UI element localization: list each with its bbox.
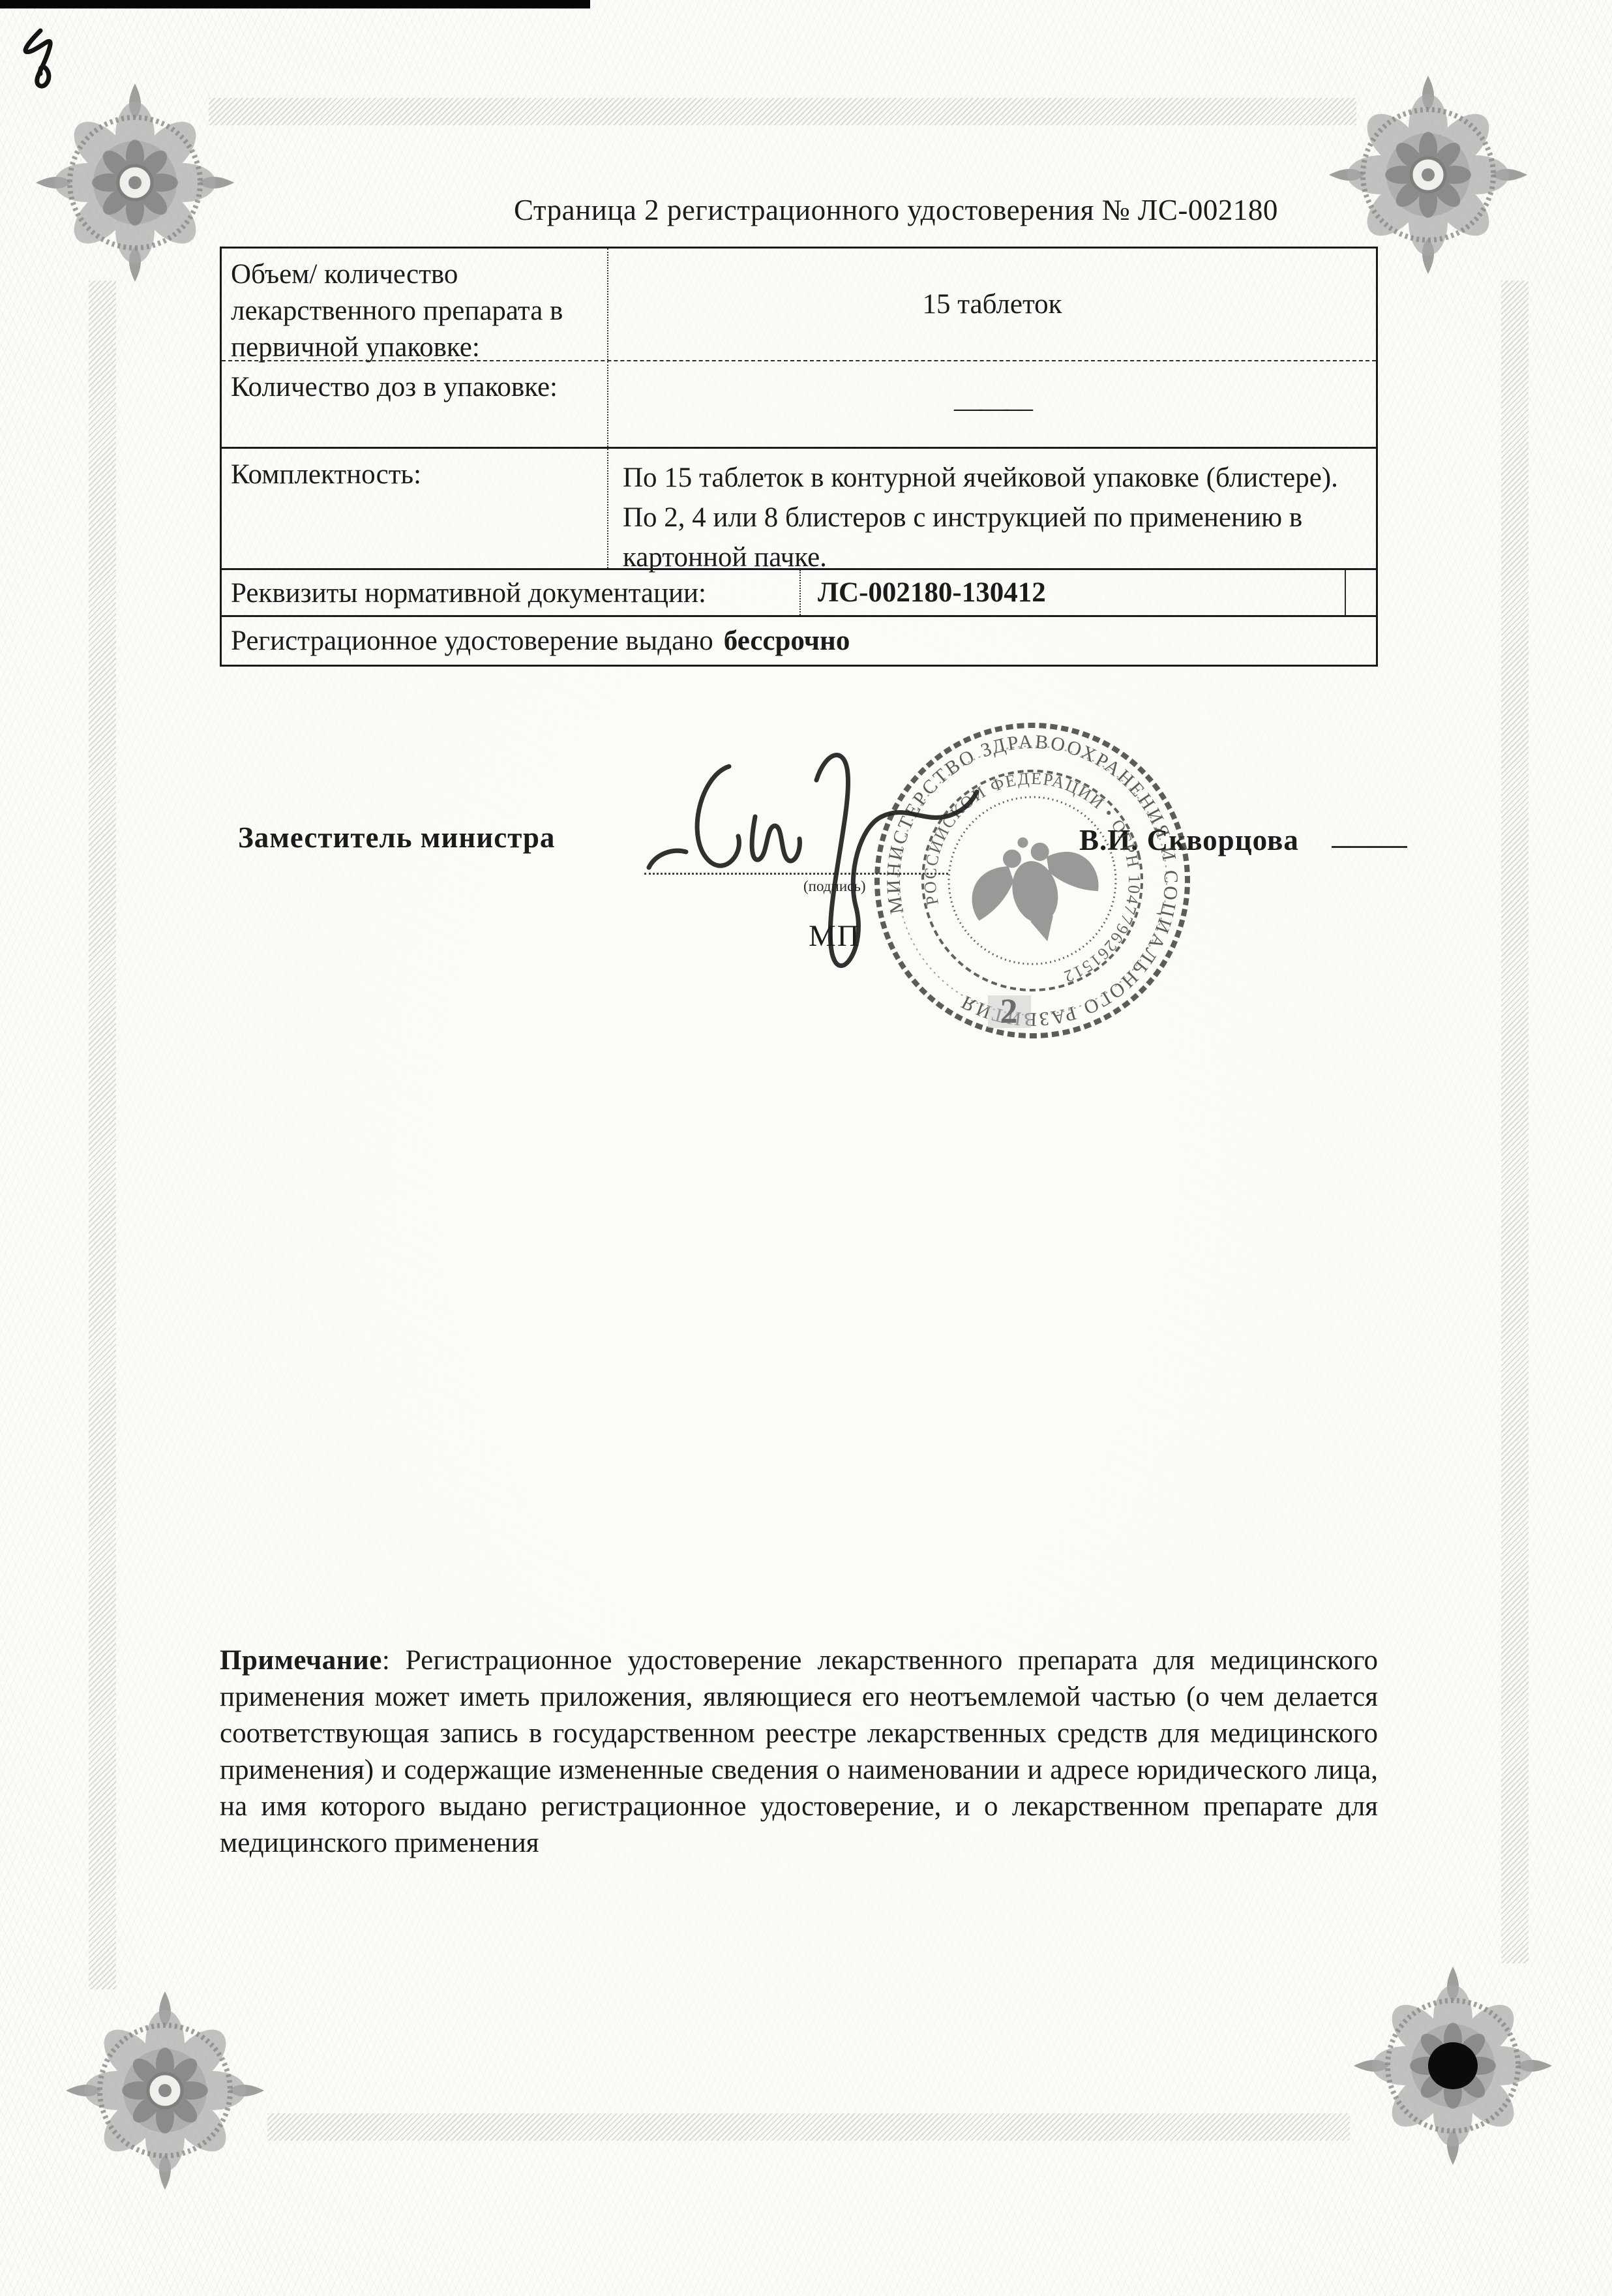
rosette-bottom-left [61, 1986, 269, 2195]
row-label: Количество доз в упаковке: [222, 361, 608, 447]
note-label: Примечание [220, 1645, 382, 1676]
row-label: Объем/ количество лекарственного препара… [222, 249, 608, 360]
frame-band-left [89, 280, 116, 1989]
signer-position: Заместитель министра [238, 821, 555, 854]
handwritten-page-mark [7, 16, 85, 108]
validity-term: бессрочно [724, 623, 850, 659]
empty-cell [1346, 570, 1376, 615]
ink-blot [1428, 2042, 1478, 2089]
scan-artifact-bar [0, 0, 590, 8]
note-paragraph: Примечание: Регистрационное удостоверени… [220, 1642, 1378, 1862]
row-value: ——— [954, 390, 1030, 427]
row-value: По 15 таблеток в контурной ячейковой упа… [608, 449, 1376, 568]
row-label: Реквизиты нормативной документации: [222, 570, 801, 615]
frame-band-bottom [267, 2113, 1350, 2141]
row-label: Комплектность: [222, 449, 608, 568]
validity-text: Регистрационное удостоверение выдано [231, 623, 713, 659]
table-row: Объем/ количество лекарственного препара… [222, 249, 1376, 360]
registration-table: Объем/ количество лекарственного препара… [220, 247, 1378, 667]
frame-band-top [209, 98, 1356, 125]
name-strike-line [1332, 846, 1407, 848]
certificate-page: Страница 2 регистрационного удостоверени… [0, 0, 1612, 2296]
table-row: Комплектность: По 15 таблеток в контурно… [222, 447, 1376, 568]
row-value: ЛС-002180-130412 [801, 570, 1346, 615]
table-row: Регистрационное удостоверение выдано бес… [222, 615, 1376, 665]
note-text: : Регистрационное удостоверение лекарств… [220, 1645, 1378, 1858]
frame-band-right [1501, 280, 1529, 1963]
row-value: 15 таблеток [608, 249, 1376, 360]
page-title: Страница 2 регистрационного удостоверени… [514, 193, 1278, 227]
handwritten-signature [606, 704, 1011, 1018]
table-row: Количество доз в упаковке: ——— [222, 360, 1376, 447]
rosette-top-left [31, 78, 239, 287]
table-row: Реквизиты нормативной документации: ЛС-0… [222, 568, 1376, 615]
